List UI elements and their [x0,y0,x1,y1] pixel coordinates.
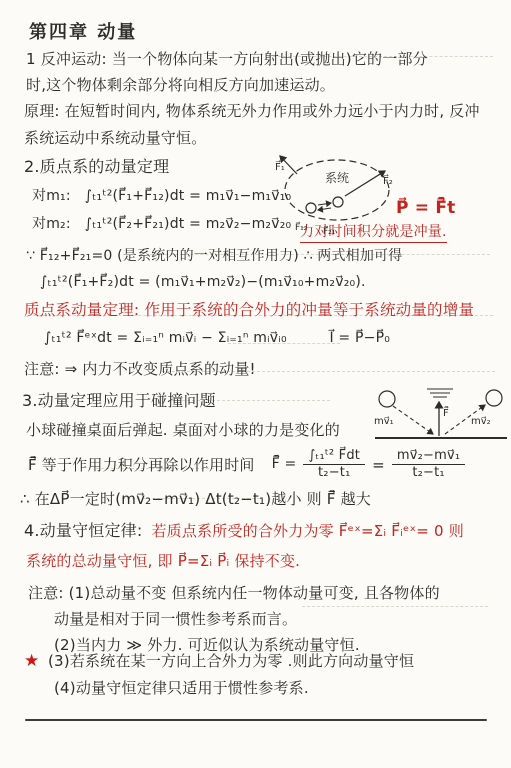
force-f12-label: F⃗₁₂ [295,221,308,233]
average-force-row: F̄⃗ 等于作用力积分再除以作用时间 F̄⃗ = ∫ₜ₁ᵗ² F⃗dt t₂−t… [28,448,465,482]
equation-m2: 对m₂: ∫ₜ₁ᵗ²(F⃗₂+F⃗₂₁)dt = m₂v⃗₂−m₂v⃗₂₀ [32,216,291,233]
momentum-theorem-red: 质点系动量定理: 作用于系统的合外力的冲量等于系统动量的增量 [24,301,474,320]
note-4: (4)动量守恒定律只适用于惯性参考系. [54,679,309,697]
therefore-line: ∴ 在ΔP⃗一定时(mv⃗₂−mv⃗₁) Δt(t₂−t₁)越小 则 F̄⃗ 越… [20,490,371,508]
collision-line: 小球碰撞桌面后弹起. 桌面对小球的力是变化的 [26,421,340,439]
note-line-principle2: 系统运动中系统动量守恒。 [24,129,206,147]
sum-equation: ∫ₜ₁ᵗ²(F⃗₁+F⃗₂)dt = (m₁v⃗₁+m₂v⃗₂)−(m₁v⃗₁₀… [40,274,366,291]
note-line-recoil-def: 1 反冲运动: 当一个物体向某一方向射出(或抛出)它的一部分 [26,50,428,68]
mv2-label: mv⃗₂ [471,416,491,427]
note-line-recoil-def2: 时,这个物体剩余部分将向相反方向加速运动。 [26,76,335,94]
ball-bounce-diagram: F̄⃗ mv⃗₁ mv⃗₂ [373,386,509,448]
system-label: 系统 [325,170,349,185]
mv1-label: mv⃗₁ [374,416,394,427]
notebook-page: 第四章 动量 1 反冲运动: 当一个物体向某一方向射出(或抛出)它的一部分 时,… [0,0,511,768]
note-1a: 注意: (1)总动量不变 但系统内任一物体动量可变, 且各物体的 [28,584,440,602]
page-bottom-rule [25,719,487,721]
avg-force-arrow-label: F̄⃗ [443,406,449,419]
star-icon: ★ [24,651,39,671]
avg-force-text: F̄⃗ 等于作用力积分再除以作用时间 [28,456,255,474]
general-sum-eq: ∫ₜ₁ᵗ² F⃗ᵉˣdt = Σᵢ₌₁ⁿ mᵢv⃗ᵢ − Σᵢ₌₁ⁿ mᵢv⃗ᵢ… [44,330,287,346]
note-internal-forces: 注意: ⇒ 内力不改变质点系的动量! [24,360,256,378]
impulse-equation: P⃗ = F̄⃗t [396,198,455,218]
force-f21-label: F⃗₂₁ [323,225,336,237]
impulse-delta-eq: I⃗ = P⃗−P⃗₀ [329,330,390,346]
page-title: 第四章 动量 [29,22,137,44]
fraction-denominator: t₂−t₁ [407,465,450,481]
m1-equation: ∫ₜ₁ᵗ²(F⃗₁+F⃗₁₂)dt = m₁v⃗₁−m₁v⃗₁₀ [85,188,292,204]
system-force-diagram: 系统 F⃗₁ F⃗₂ F⃗₁₂ F⃗₂₁ [275,148,400,240]
fraction-numerator: mv⃗₂−mv⃗₁ [392,448,465,465]
internal-forces-line: ∵ F⃗₁₂+F⃗₂₁=0 (是系统内的一对相互作用力) ∴ 两式相加可得 [26,248,402,265]
rule-line [302,606,488,607]
section-2-heading: 2.质点系的动量定理 [24,157,169,176]
conservation-law-red2: 系统的总动量守恒, 即 P⃗=Σᵢ P⃗ᵢ 保持不变. [26,552,300,570]
force-f1-label: F⃗₁ [275,160,285,173]
section-3-heading: 3.动量定理应用于碰撞问题 [22,391,216,410]
fraction-denominator: t₂−t₁ [313,465,356,481]
note-3: (3)若系统在某一方向上合外力为零 .则此方向动量守恒 [48,652,414,670]
conservation-law-label: 4.动量守恒定律: [24,521,142,540]
general-equation: ∫ₜ₁ᵗ² F⃗ᵉˣdt = Σᵢ₌₁ⁿ mᵢv⃗ᵢ − Σᵢ₌₁ⁿ mᵢv⃗ᵢ… [44,330,390,347]
fraction-numerator: ∫ₜ₁ᵗ² F⃗dt [303,448,365,465]
m1-label: 对m₁: [32,188,71,204]
note-1b: 动量是相对于同一惯性参考系而言。 [54,610,297,628]
m2-label: 对m₂: [32,216,71,232]
avg-force-fraction-2: mv⃗₂−mv⃗₁ t₂−t₁ [392,448,465,482]
avg-force-symbol: F̄⃗ = [272,456,297,473]
section-4-heading: 4.动量守恒定律: 若质点系所受的合外力为零 F⃗ᵉˣ=Σᵢ F⃗ᵢᵉˣ= 0 … [24,521,464,540]
note-line-principle: 原理: 在短暂时间内, 物体系统无外力作用或外力远小于内力时, 反冲 [24,102,480,120]
force-f2-label: F⃗₂ [383,174,393,187]
m2-equation: ∫ₜ₁ᵗ²(F⃗₂+F⃗₂₁)dt = m₂v⃗₂−m₂v⃗₂₀ [85,216,292,232]
equation-m1: 对m₁: ∫ₜ₁ᵗ²(F⃗₁+F⃗₁₂)dt = m₁v⃗₁−m₁v⃗₁₀ [32,188,291,205]
avg-force-fraction-1: ∫ₜ₁ᵗ² F⃗dt t₂−t₁ [303,448,365,482]
equals-sign: = [372,456,385,474]
conservation-law-red: 若质点系所受的合外力为零 F⃗ᵉˣ=Σᵢ F⃗ᵢᵉˣ= 0 则 [151,522,463,540]
